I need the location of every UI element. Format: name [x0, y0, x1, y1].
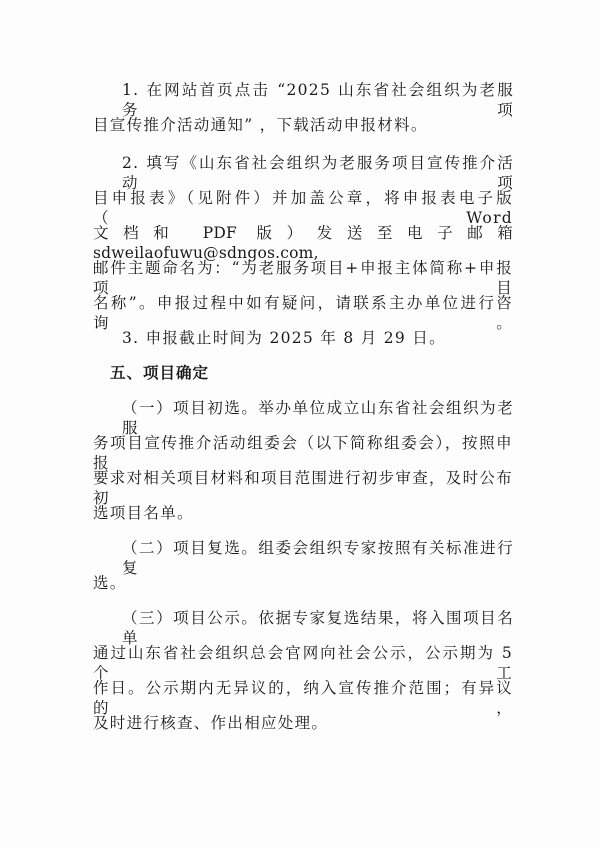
paragraph-1-line-1: 1. 在网站首页点击 “2025 山东省社会组织为老服务项: [122, 80, 514, 120]
section-5-item-3-line-4: 及时进行核查、作出相应处理。: [93, 713, 513, 733]
paragraph-2-line-2: 目申报表》（见附件）并加盖公章，将申报表电子版（Word: [93, 188, 513, 228]
paragraph-3-line-1: 3. 申报截止时间为 2025 年 8 月 29 日。: [122, 328, 514, 348]
section-5-item-1-line-1: （一）项目初选。举办单位成立山东省社会组织为老服: [122, 398, 514, 438]
document-page: 1. 在网站首页点击 “2025 山东省社会组织为老服务项 目宣传推介活动通知”…: [0, 0, 600, 848]
section-5-item-1-line-2: 务项目宣传推介活动组委会（以下简称组委会），按照申报: [93, 433, 513, 473]
section-heading-5: 五、项目确定: [110, 363, 530, 383]
section-5-item-3-line-3: 作日。公示期内无异议的，纳入宣传推介范围；有异议的，: [93, 678, 513, 718]
section-5-item-1-line-4: 选项目名单。: [93, 503, 513, 523]
section-5-item-3-line-2: 通过山东省社会组织总会官网向社会公示，公示期为 5 个工: [93, 643, 513, 683]
section-5-item-3-line-1: （三）项目公示。依据专家复选结果，将入围项目名单: [122, 608, 514, 648]
section-5-item-2-line-2: 选。: [93, 573, 513, 593]
section-5-item-1-line-3: 要求对相关项目材料和项目范围进行初步审查，及时公布初: [93, 468, 513, 508]
section-5-item-2-line-1: （二）项目复选。组委会组织专家按照有关标准进行复: [122, 538, 514, 578]
paragraph-2-line-5: 名称”。申报过程中如有疑问，请联系主办单位进行咨询。: [93, 293, 513, 333]
paragraph-1-line-2: 目宣传推介活动通知” ，下载活动申报材料。: [93, 115, 513, 135]
paragraph-2-line-1: 2. 填写《山东省社会组织为老服务项目宣传推介活动项: [122, 153, 514, 193]
paragraph-2-line-4: 邮件主题命名为：“为老服务项目+申报主体简称+申报项目: [93, 258, 513, 298]
paragraph-2-line-3: 文档和 PDF 版）发送至电子邮箱 sdweilaofuwu@sdngos.co…: [93, 223, 513, 263]
